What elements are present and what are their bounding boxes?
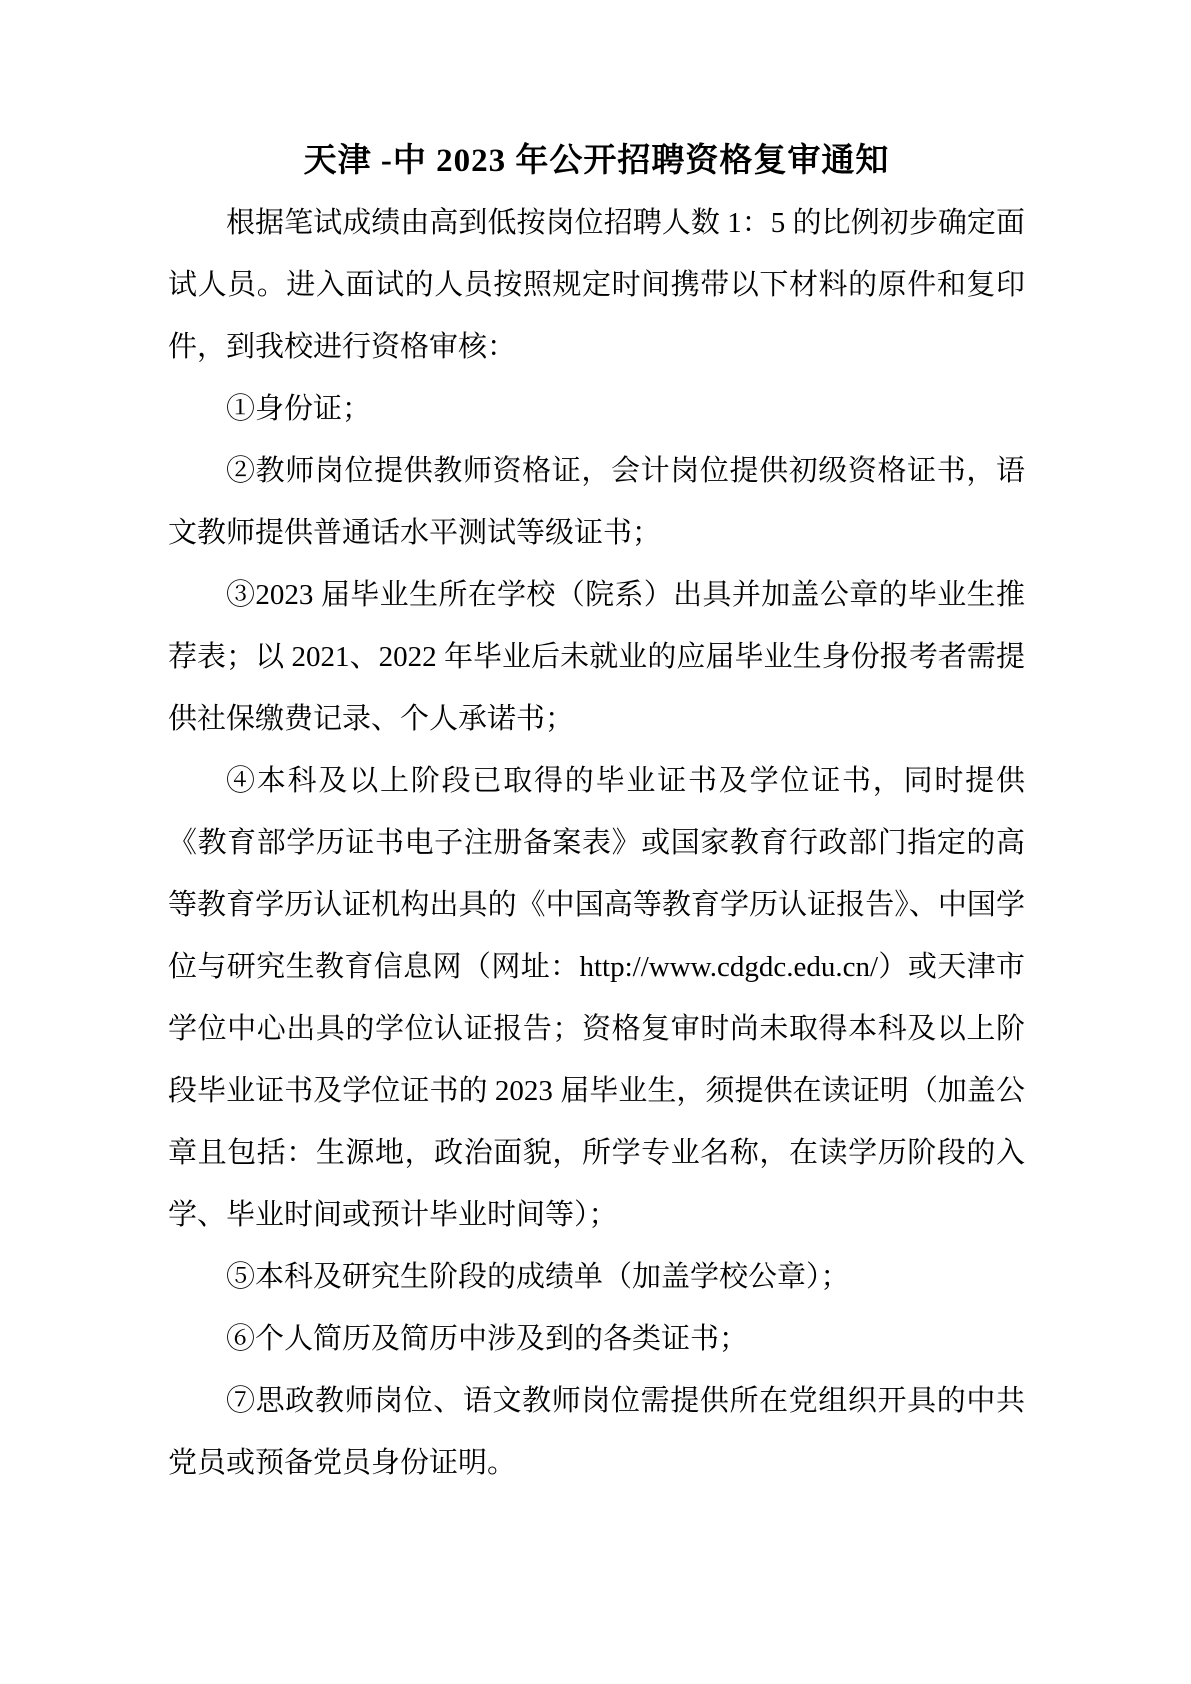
paragraph: 根据笔试成绩由高到低按岗位招聘人数 1：5 的比例初步确定面试人员。进入面试的人…: [168, 192, 1025, 378]
paragraph: ④本科及以上阶段已取得的毕业证书及学位证书，同时提供《教育部学历证书电子注册备案…: [168, 750, 1025, 1246]
paragraph: ①身份证；: [168, 378, 1025, 440]
paragraph: ⑥个人简历及简历中涉及到的各类证书；: [168, 1308, 1025, 1370]
document-body: 根据笔试成绩由高到低按岗位招聘人数 1：5 的比例初步确定面试人员。进入面试的人…: [168, 192, 1025, 1494]
document-page: 天津 -中 2023 年公开招聘资格复审通知 根据笔试成绩由高到低按岗位招聘人数…: [0, 0, 1191, 1684]
paragraph: ③2023 届毕业生所在学校（院系）出具并加盖公章的毕业生推荐表；以 2021、…: [168, 564, 1025, 750]
paragraph: ⑤本科及研究生阶段的成绩单（加盖学校公章）；: [168, 1246, 1025, 1308]
paragraph: ②教师岗位提供教师资格证，会计岗位提供初级资格证书，语文教师提供普通话水平测试等…: [168, 440, 1025, 564]
document-title: 天津 -中 2023 年公开招聘资格复审通知: [168, 130, 1025, 192]
paragraph: ⑦思政教师岗位、语文教师岗位需提供所在党组织开具的中共党员或预备党员身份证明。: [168, 1370, 1025, 1494]
